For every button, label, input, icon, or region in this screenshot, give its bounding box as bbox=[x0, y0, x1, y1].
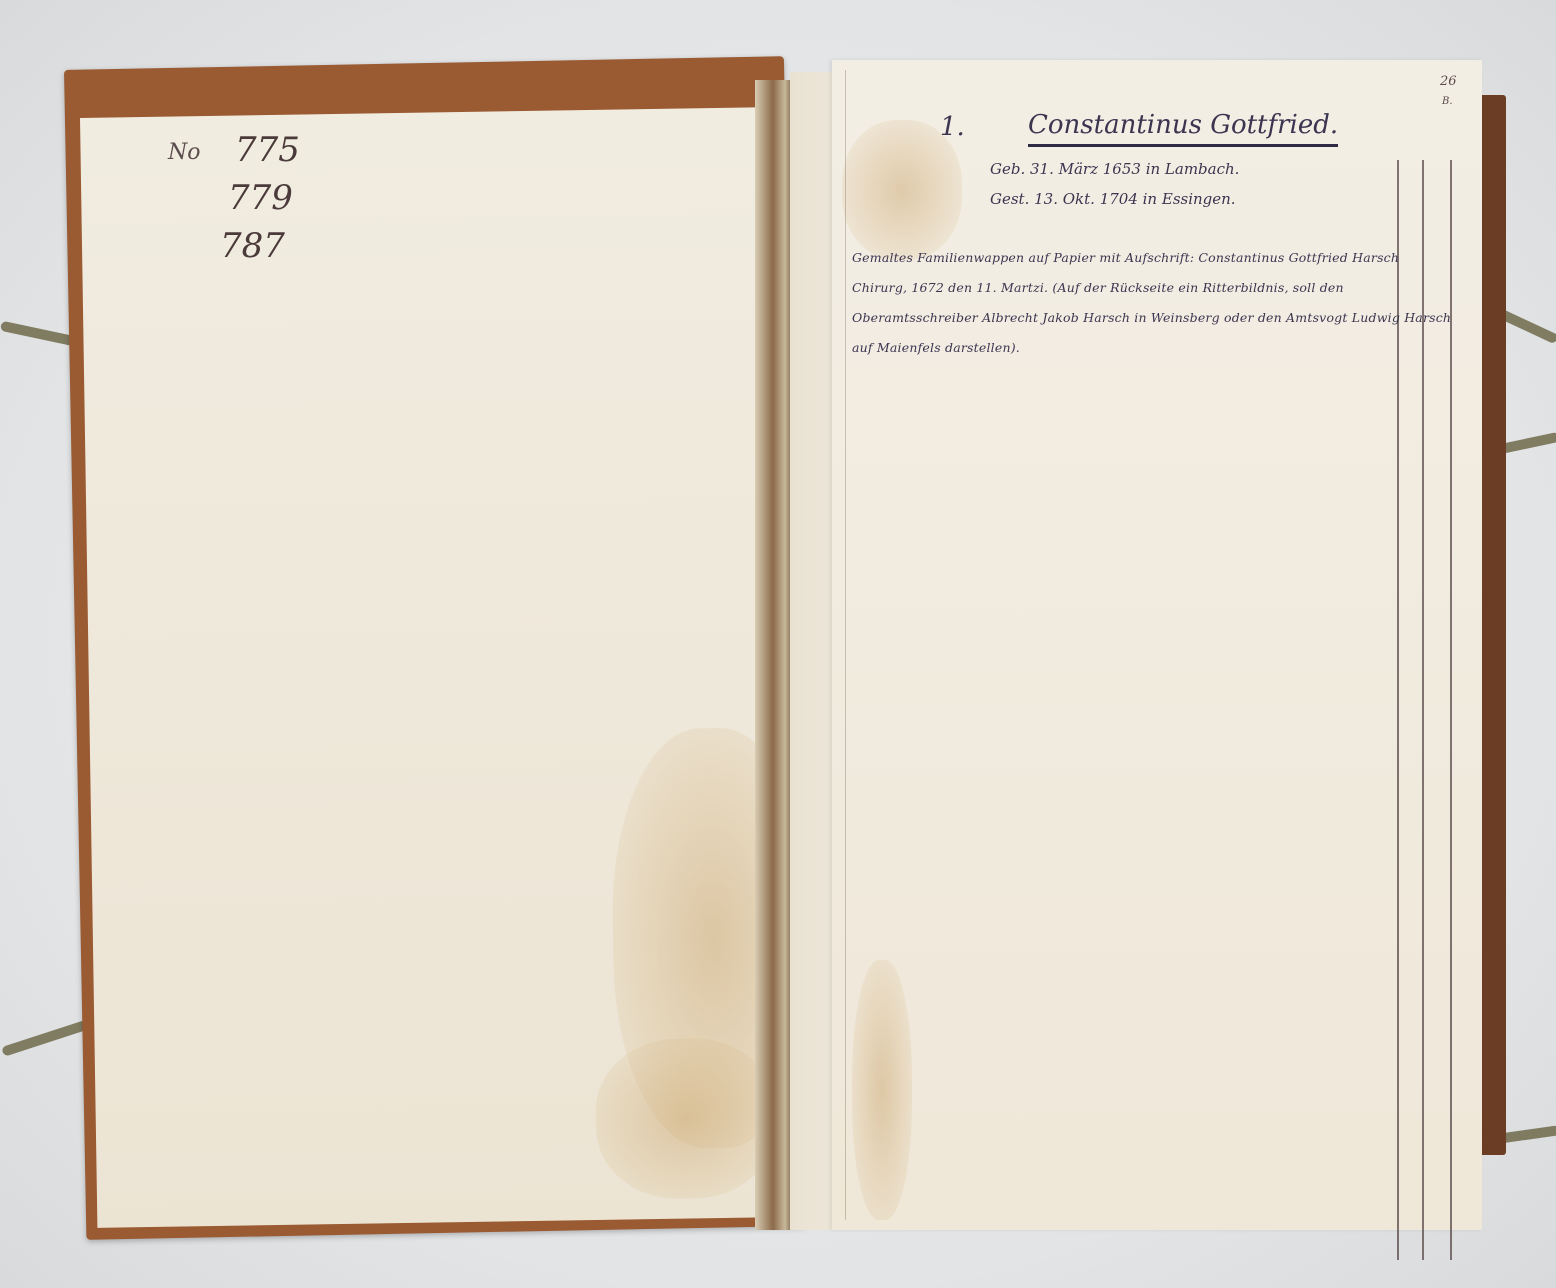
shelf-number: 775 bbox=[235, 132, 300, 168]
margin-rule bbox=[1450, 160, 1452, 1260]
note-line: auf Maienfels darstellen). bbox=[852, 340, 1020, 355]
left-page bbox=[80, 107, 797, 1228]
entry-number: 1. bbox=[940, 112, 965, 142]
margin-rule bbox=[1422, 160, 1424, 1260]
note-line: Chirurg, 1672 den 11. Martzi. (Auf der R… bbox=[852, 280, 1344, 295]
right-page bbox=[832, 60, 1482, 1230]
death-line: Gest. 13. Okt. 1704 in Essingen. bbox=[990, 190, 1236, 208]
shelf-number: 787 bbox=[220, 228, 285, 264]
note-line: Oberamtsschreiber Albrecht Jakob Harsch … bbox=[852, 310, 1451, 325]
entry-name-heading: Constantinus Gottfried. bbox=[1028, 110, 1338, 147]
water-stain bbox=[595, 1037, 777, 1200]
page-number: 26 bbox=[1440, 74, 1457, 89]
birth-line: Geb. 31. März 1653 in Lambach. bbox=[990, 160, 1239, 178]
water-stain bbox=[852, 960, 912, 1220]
shelf-number: 779 bbox=[228, 180, 293, 216]
note-line: Gemaltes Familienwappen auf Papier mit A… bbox=[852, 250, 1399, 265]
page-number-sub: B. bbox=[1442, 96, 1453, 107]
margin-rule bbox=[1397, 160, 1399, 1260]
page-fold-line bbox=[845, 70, 846, 1220]
shelf-mark-label: No bbox=[168, 140, 201, 165]
